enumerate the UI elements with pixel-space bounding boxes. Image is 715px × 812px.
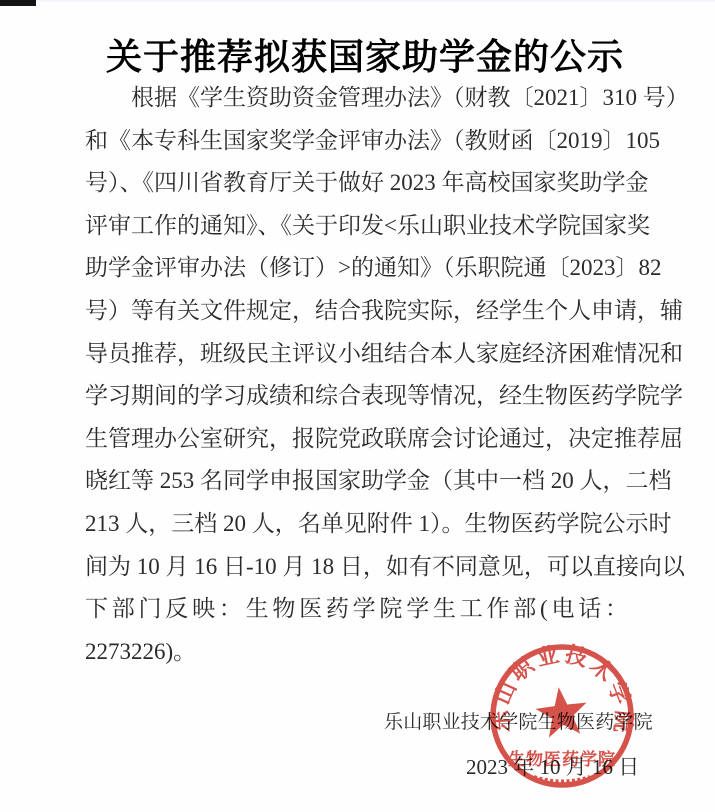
seal-center-text: 生物医药学院 (508, 749, 616, 769)
official-seal: 乐山职业技术学院 生物医药学院 (487, 641, 637, 791)
body-line: 学习期间的学习成绩和综合表现等情况，经生物医药学院学 (85, 375, 628, 418)
body-line: 生管理办公室研究，报院党政联席会讨论通过，决定推荐屈 (85, 418, 628, 461)
body-line: 根据《学生资助资金管理办法》（财教〔2021〕310 号） (85, 77, 628, 120)
body-line: 评审工作的通知》、《关于印发<乐山职业技术学院国家奖 (85, 205, 628, 248)
body-line: 间为 10 月 16 日-10 月 18 日，如有不同意见，可以直接向以 (85, 546, 628, 589)
scan-artifact (0, 0, 36, 6)
body-line: 213 人，三档 20 人，名单见附件 1）。生物医药学院公示时 (85, 503, 628, 546)
star-icon (533, 684, 590, 739)
body-line: 号）、《四川省教育厅关于做好 2023 年高校国家奖助学金 (85, 162, 628, 205)
body-line: 和《本专科生国家奖学金评审办法》（教财函〔2019〕105 (85, 120, 628, 163)
document-page: 关于推荐拟获国家助学金的公示 根据《学生资助资金管理办法》（财教〔2021〕31… (0, 0, 715, 812)
body-paragraph: 根据《学生资助资金管理办法》（财教〔2021〕310 号） 和《本专科生国家奖学… (85, 77, 628, 673)
body-line: 晓红等 253 名同学申报国家助学金（其中一档 20 人，二档 (85, 460, 628, 503)
body-line: 导员推荐，班级民主评议小组结合本人家庭经济困难情况和 (85, 333, 628, 376)
body-line: 助学金评审办法（修订）>的通知》（乐职院通〔2023〕82 (85, 247, 628, 290)
page-title: 关于推荐拟获国家助学金的公示 (85, 29, 645, 80)
page-edge (0, 0, 715, 2)
body-line: 号）等有关文件规定，结合我院实际，经学生个人申请，辅 (85, 290, 628, 333)
